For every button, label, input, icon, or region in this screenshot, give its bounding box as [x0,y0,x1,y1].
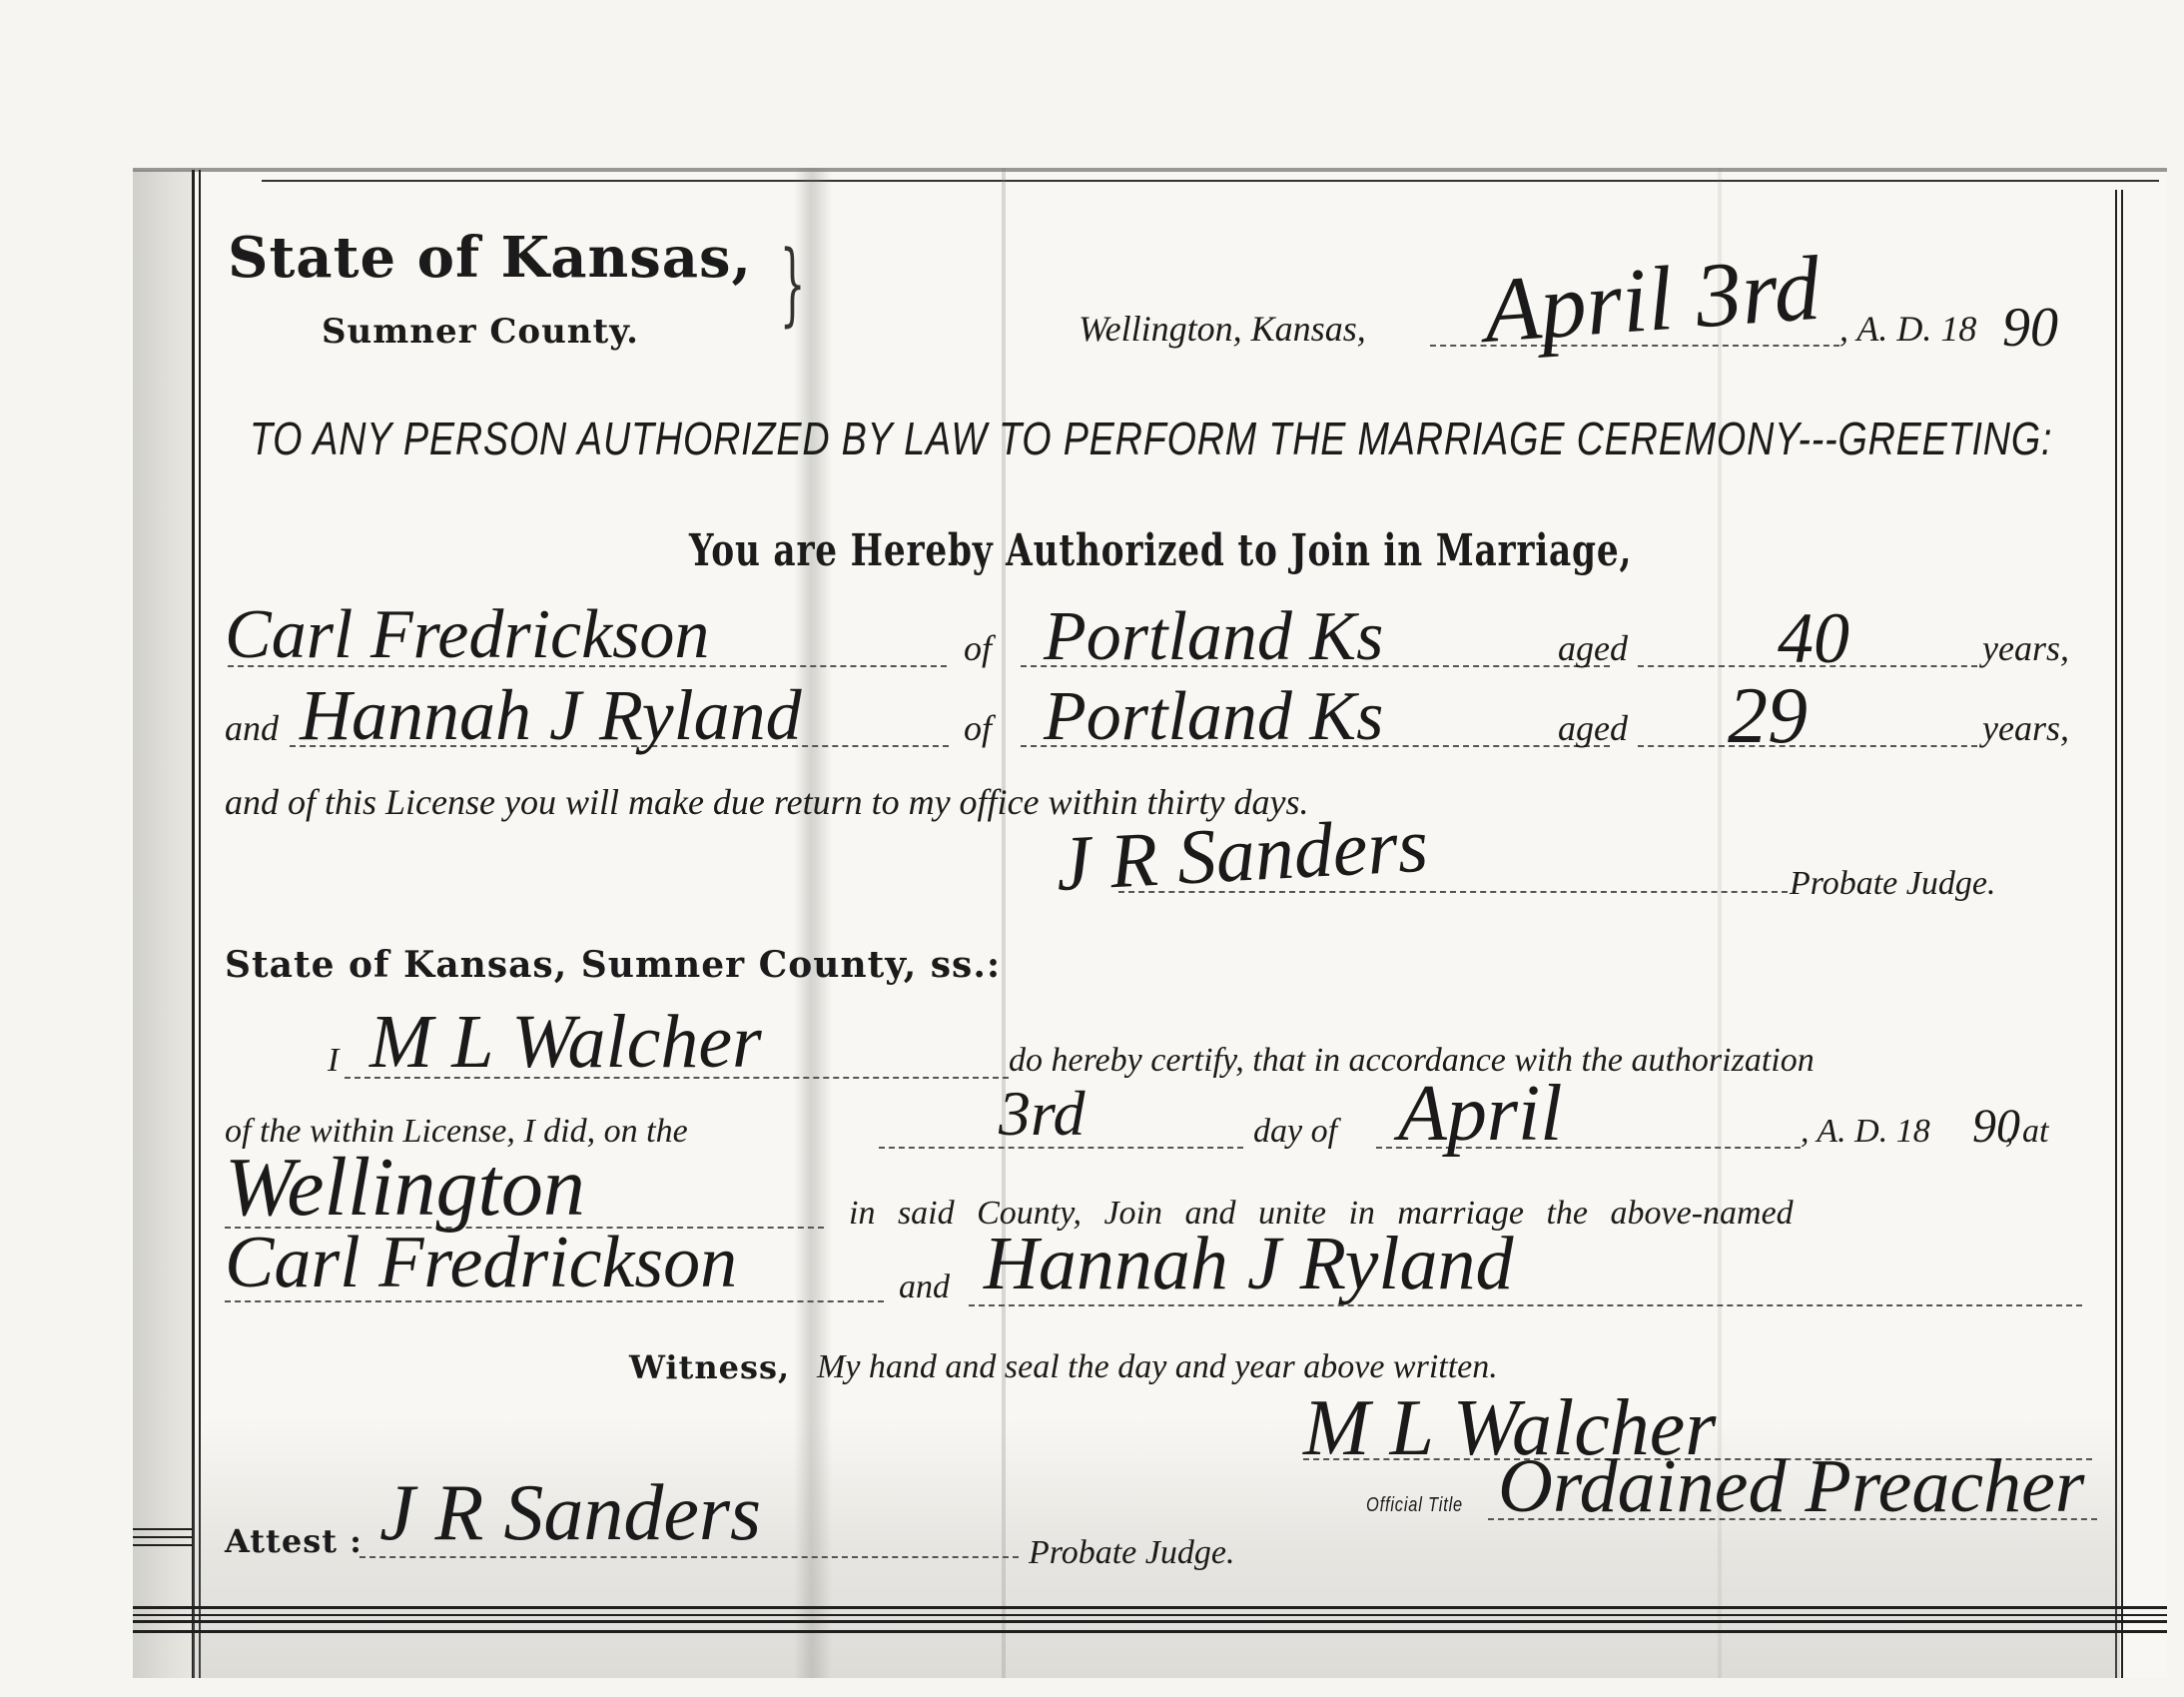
officiant-name: M L Walcher [369,999,762,1086]
party2-residence: Portland Ks [1044,677,1383,757]
month-handwritten: April [1398,1069,1562,1160]
state-heading: State of Kansas, [228,225,752,291]
official-title-label: Official Title [1366,1494,1463,1517]
left-margin-strip [133,170,193,1678]
bottom-rule-1 [133,1606,2167,1609]
i-label: I [328,1042,339,1080]
party1-of-label: of [964,627,992,669]
witness-label: Witness, [629,1348,790,1386]
bottom-rule-3 [133,1620,2167,1623]
bottom-rule-2 [133,1614,2167,1616]
left-strip-rule-1 [133,1528,193,1530]
party2-age: 29 [1728,671,1808,762]
left-strip-rule-2 [133,1536,193,1538]
party1-aged-label: aged [1558,627,1628,669]
party1-age: 40 [1778,597,1849,680]
cert-and-label: and [899,1269,950,1306]
year-handwritten: 90 [2002,296,2058,360]
attest-signature: J R Sanders [379,1468,761,1559]
greeting-line: TO ANY PERSON AUTHORIZED BY LAW TO PERFO… [250,412,2052,465]
party1-years-label: years, [1982,627,2069,669]
cert-ad-label: , A. D. 18 [1801,1113,1930,1151]
judge-title: Probate Judge. [1790,865,1995,903]
at-label: , at [2005,1113,2048,1151]
party2-name: Hannah J Ryland [300,674,802,757]
party2-years-label: years, [1982,707,2069,749]
bride-handwritten: Hannah J Ryland [984,1221,1514,1307]
certificate-heading: State of Kansas, Sumner County, ss.: [225,944,1001,986]
ad-label: , A. D. 18 [1839,308,1976,350]
party1-residence: Portland Ks [1044,597,1383,677]
authorization-heading: You are Hereby Authorized to Join in Mar… [689,525,1632,576]
county-heading: Sumner County. [322,312,639,352]
right-border-rule-inner [2121,190,2123,1678]
official-title-handwritten: Ordained Preacher [1498,1443,2084,1530]
day-handwritten: 3rd [999,1077,1086,1151]
groom-handwritten: Carl Fredrickson [225,1221,737,1305]
place-label: Wellington, Kansas, [1079,308,1366,350]
day-of-label: day of [1253,1113,1337,1151]
bottom-rule-4 [133,1630,2167,1633]
top-inner-rule [262,180,2159,182]
left-strip-rule-3 [133,1544,193,1546]
party2-age-line [1638,745,1977,747]
top-border [133,168,2167,172]
party1-name: Carl Fredrickson [225,595,709,675]
party2-of-label: of [964,707,992,749]
attest-label: Attest : [225,1522,363,1560]
brace-glyph: } [780,232,806,337]
attest-title: Probate Judge. [1029,1534,1234,1572]
witness-text: My hand and seal the day and year above … [817,1348,1498,1386]
party2-aged-label: aged [1558,707,1628,749]
party2-prefix: and [225,707,279,749]
